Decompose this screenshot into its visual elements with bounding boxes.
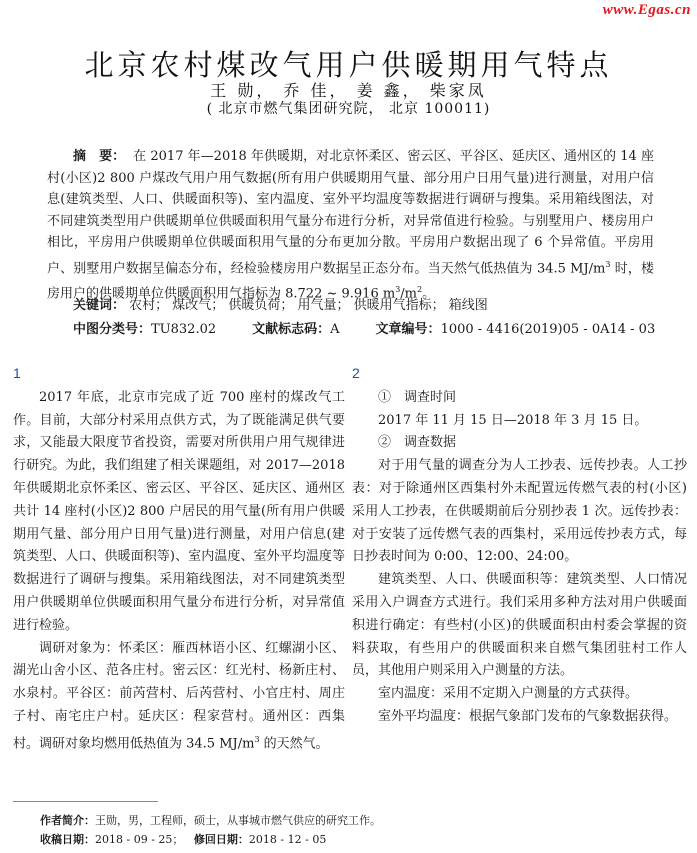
section-number: 1	[13, 362, 345, 385]
paragraph: 室外平均温度：根据气象部门发布的气象数据获得。	[352, 706, 687, 729]
abstract-text: 在 2017 年—2018 年供暖期，对北京怀柔区、密云区、平谷区、延庆区、通州…	[47, 149, 654, 276]
abstract-label: 摘 要：	[73, 149, 125, 164]
article-number-value: 1000 - 4416(2019)05 - 0A14 - 03	[441, 322, 656, 337]
clc-label: 中图分类号：	[73, 322, 151, 337]
author-bio-label: 作者简介：	[40, 814, 95, 827]
keywords-line: 关键词： 农村； 煤改气； 供暖负荷； 用气量； 供暖用气指标； 箱线图	[73, 294, 488, 313]
received-date-label: 收稿日期：	[40, 833, 95, 846]
author-bio-footnote: 作者简介：王勋，男，工程师，硕士，从事城市燃气供应的研究工作。	[40, 812, 381, 828]
keywords-value: 农村； 煤改气； 供暖负荷； 用气量； 供暖用气指标； 箱线图	[125, 298, 488, 313]
revised-date-value: 2018 - 12 - 05	[249, 833, 326, 846]
paragraph: 室内温度：采用不定期入户测量的方式获得。	[352, 683, 687, 706]
survey-period: 2017 年 11 月 15 日—2018 年 3 月 15 日。	[352, 410, 687, 433]
paragraph-text: 调研对象为：怀柔区：雁西林语小区、红螺湖小区、湖光山舍小区、范各庄村。密云区：红…	[13, 641, 345, 752]
clc-value: TU832.02	[151, 322, 216, 337]
author-bio-value: 王勋，男，工程师，硕士，从事城市燃气供应的研究工作。	[95, 814, 381, 827]
article-number-label: 文章编号：	[376, 322, 441, 337]
received-date-value: 2018 - 09 - 25；	[95, 833, 183, 846]
abstract: 摘 要：在 2017 年—2018 年供暖期，对北京怀柔区、密云区、平谷区、延庆…	[47, 146, 654, 305]
subsection-heading-survey-time: ① 调查时间	[352, 387, 687, 410]
left-column: 1 2017 年底，北京市完成了近 700 座村的煤改气工作。目前，大部分村采用…	[13, 362, 345, 756]
footnote-divider	[13, 801, 158, 802]
section-number: 2	[352, 362, 687, 385]
paragraph: 调研对象为：怀柔区：雁西林语小区、红螺湖小区、湖光山舍小区、范各庄村。密云区：红…	[13, 638, 345, 756]
revised-date-label: 修回日期：	[194, 833, 249, 846]
doc-code-label: 文献标志码：	[252, 322, 330, 337]
subsection-heading-survey-data: ② 调查数据	[352, 432, 687, 455]
affiliation: ( 北京市燃气集团研究院， 北京 100011)	[0, 98, 697, 118]
doc-code-value: A	[330, 322, 339, 337]
paragraph: 对于用气量的调查分为人工抄表、远传抄表。人工抄表：对于除通州区西集村外未配置远传…	[352, 455, 687, 569]
right-column: 2 ① 调查时间 2017 年 11 月 15 日—2018 年 3 月 15 …	[352, 362, 687, 729]
classification-line: 中图分类号：TU832.02文献标志码：A文章编号：1000 - 4416(20…	[73, 318, 655, 337]
paragraph-text-end: 的天然气。	[260, 736, 329, 751]
keywords-label: 关键词：	[73, 298, 125, 313]
dates-footnote: 收稿日期：2018 - 09 - 25； 修回日期：2018 - 12 - 05	[40, 831, 326, 847]
paragraph: 建筑类型、人口、供暖面积等：建筑类型、人口情况采用入户调查方式进行。我们采用多种…	[352, 569, 687, 683]
paragraph: 2017 年底，北京市完成了近 700 座村的煤改气工作。目前，大部分村采用点供…	[13, 387, 345, 638]
site-watermark: www.Egas.cn	[603, 2, 691, 19]
